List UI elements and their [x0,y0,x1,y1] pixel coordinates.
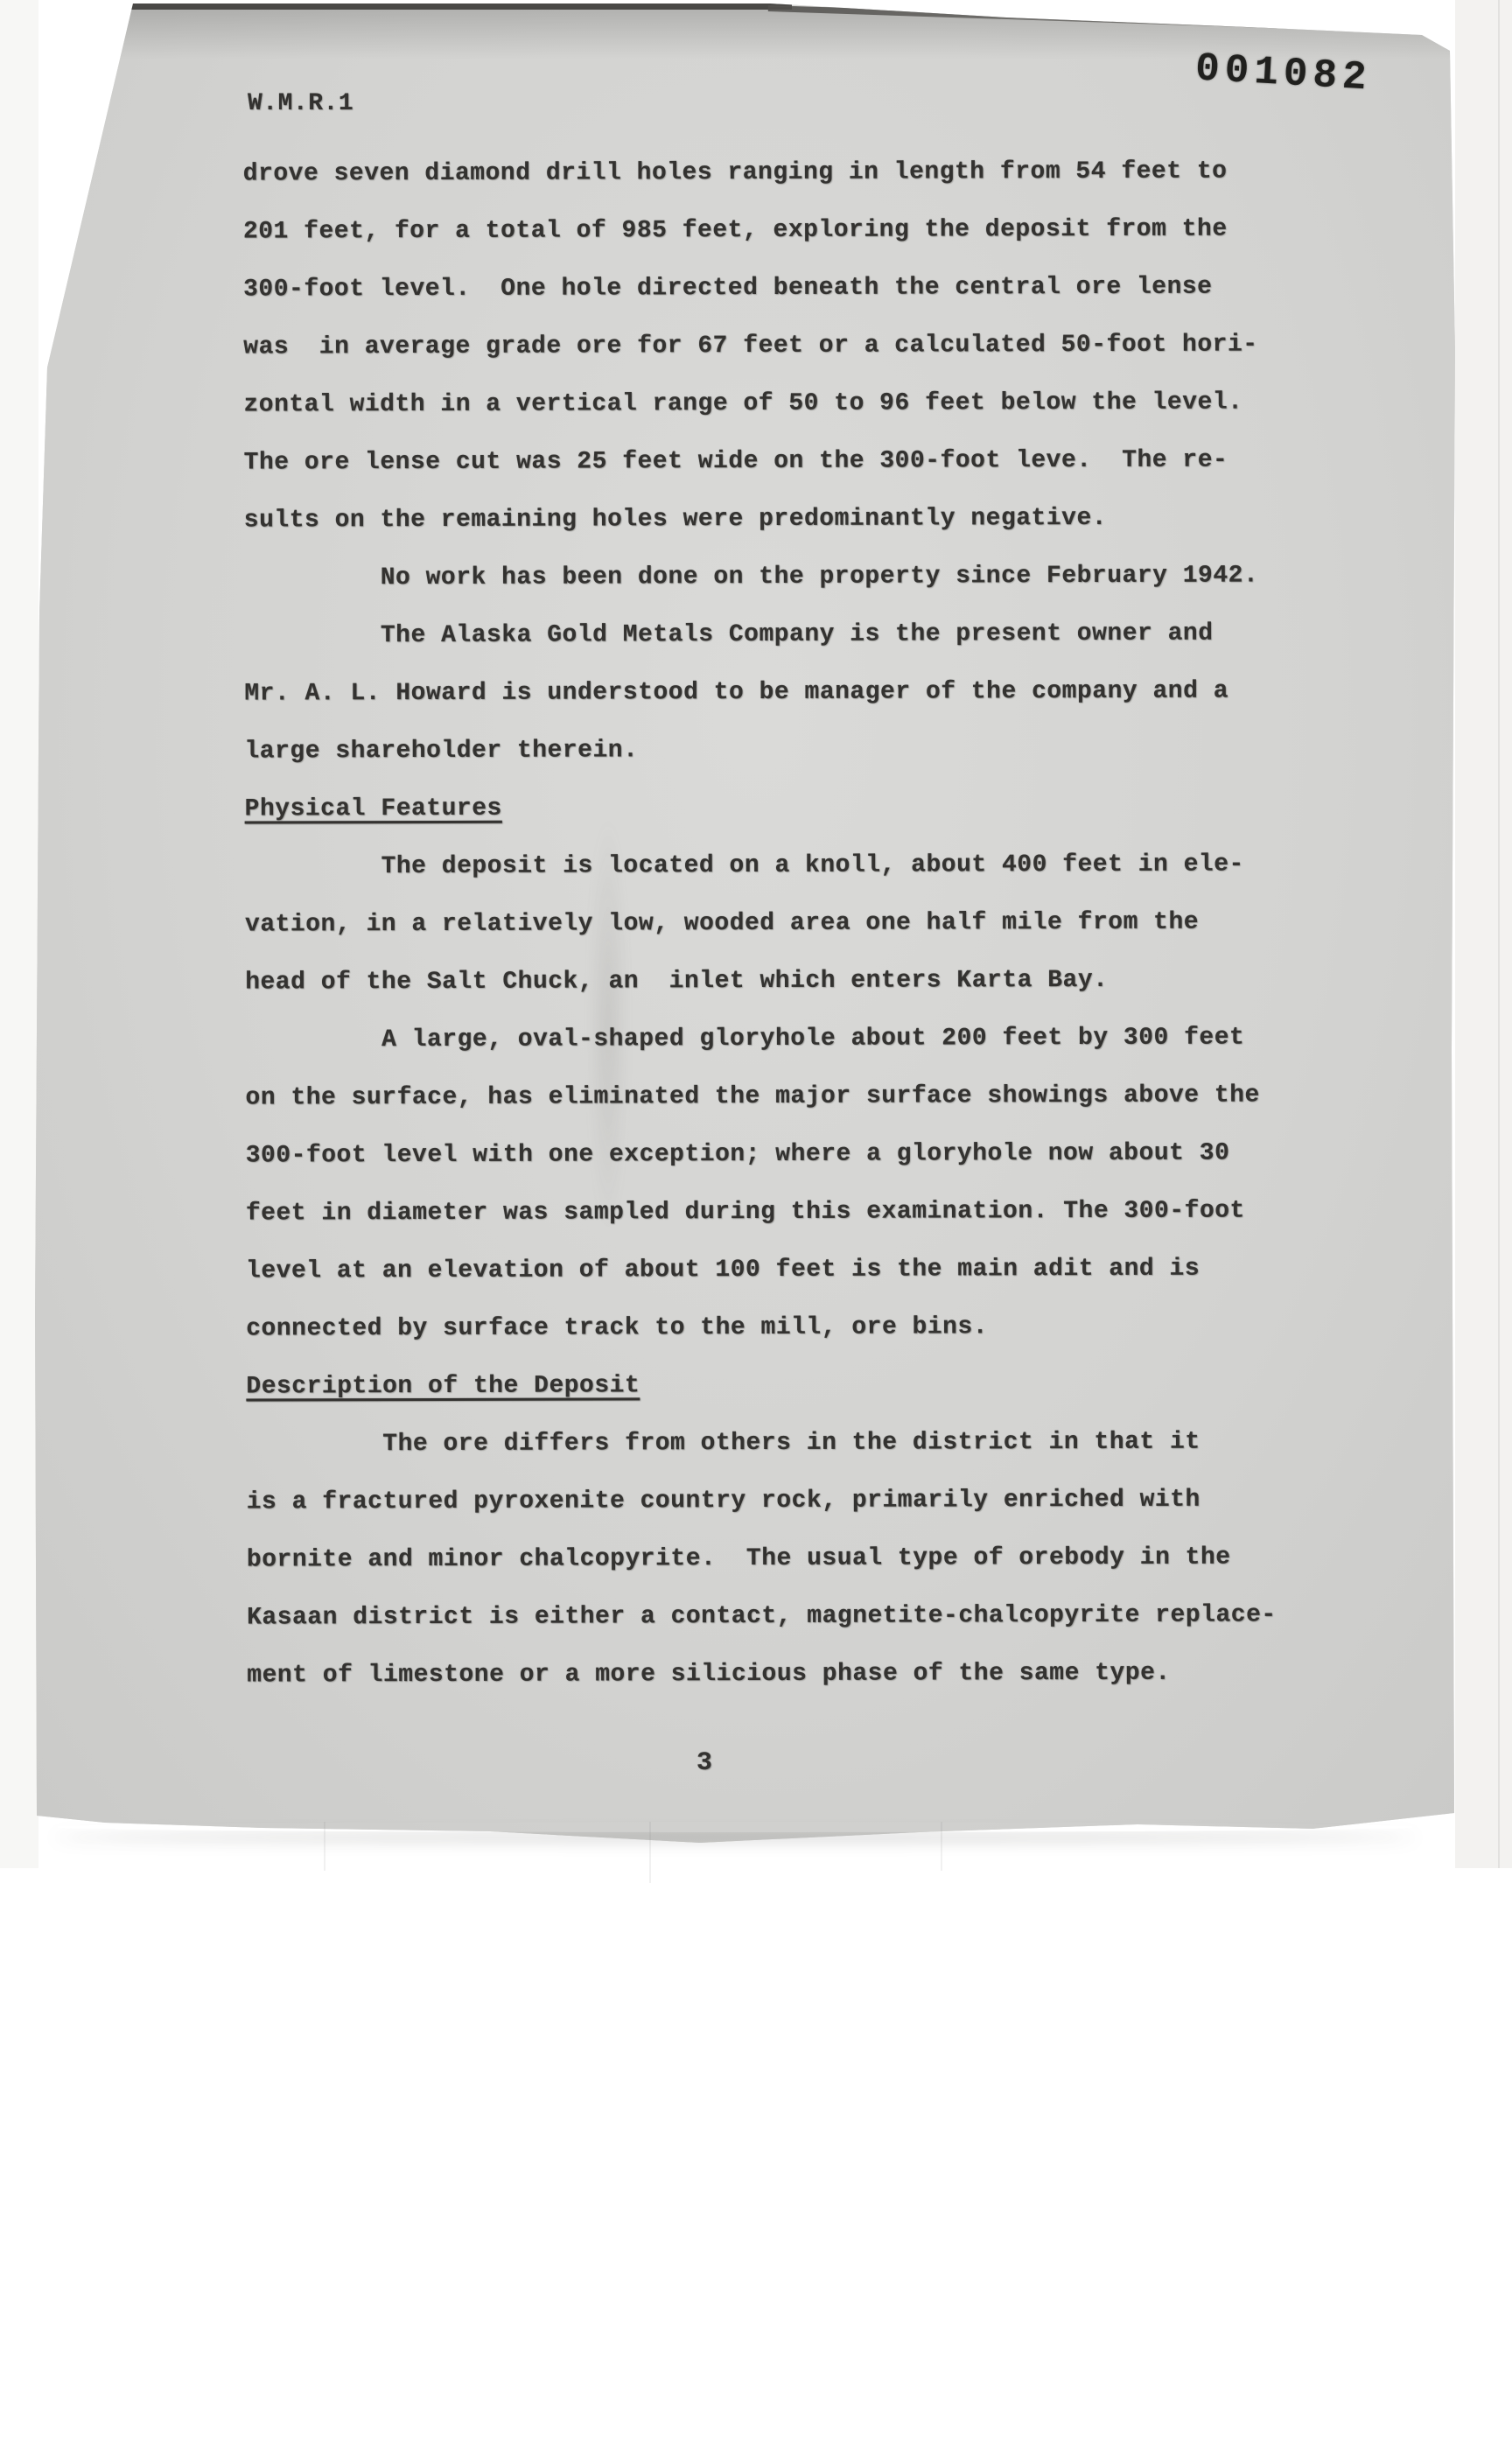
text-line: 201 feet, for a total of 985 feet, explo… [243,200,1276,261]
text-line: is a fractured pyroxenite country rock, … [247,1471,1279,1531]
scan-edge-line [1498,0,1500,1868]
stamp-number: 001082 [1194,45,1373,101]
text-line: drove seven diamond drill holes ranging … [243,143,1276,203]
section-heading: Description of the Deposit [246,1355,1278,1416]
scanned-document-page: W.M.R.1 001082 drove seven diamond drill… [0,0,1512,2450]
text-line: The ore differs from others in the distr… [246,1413,1278,1473]
page-number: 3 [696,1748,712,1778]
text-lines: drove seven diamond drill holes ranging … [243,143,1280,1704]
text-line: bornite and minor chalcopyrite. The usua… [247,1529,1279,1589]
text-line: Mr. A. L. Howard is understood to be man… [244,662,1277,723]
section-heading: Physical Features [245,778,1277,838]
text-line: The ore lense cut was 25 feet wide on th… [244,431,1277,492]
text-line: No work has been done on the property si… [244,547,1277,607]
scan-streak [324,1822,325,1871]
text-line: 300-foot level with one exception; where… [246,1124,1278,1185]
text-line: The Alaska Gold Metals Company is the pr… [244,605,1277,665]
text-line: zontal width in a vertical range of 50 t… [243,374,1276,434]
scan-left-margin [0,0,38,1868]
text-line: head of the Salt Chuck, an inlet which e… [245,951,1277,1011]
paper-bottom-shadow [52,1822,1417,1832]
text-line: was in average grade ore for 67 feet or … [243,316,1276,376]
text-line: A large, oval-shaped gloryhole about 200… [245,1009,1277,1069]
scan-streak [941,1822,942,1871]
scan-right-margin [1455,0,1512,1868]
text-line: sults on the remaining holes were predom… [244,489,1277,549]
text-line: ment of limestone or a more silicious ph… [247,1644,1279,1704]
text-line: level at an elevation of about 100 feet … [246,1240,1278,1300]
text-line: 300-foot level. One hole directed beneat… [243,258,1276,318]
text-line: on the surface, has eliminated the major… [245,1067,1277,1127]
paper-sheet: W.M.R.1 001082 drove seven diamond drill… [0,0,1512,1868]
text-line: large shareholder therein. [244,720,1277,780]
text-line: vation, in a relatively low, wooded area… [245,893,1277,954]
text-line: feet in diameter was sampled during this… [246,1182,1278,1242]
text-line: Kasaan district is either a contact, mag… [247,1586,1279,1647]
text-line: The deposit is located on a knoll, about… [245,836,1277,896]
scan-streak [649,1822,651,1883]
text-line: connected by surface track to the mill, … [246,1298,1278,1358]
scanner-capture-area: W.M.R.1 001082 drove seven diamond drill… [0,0,1512,1868]
document-reference: W.M.R.1 [248,90,353,117]
